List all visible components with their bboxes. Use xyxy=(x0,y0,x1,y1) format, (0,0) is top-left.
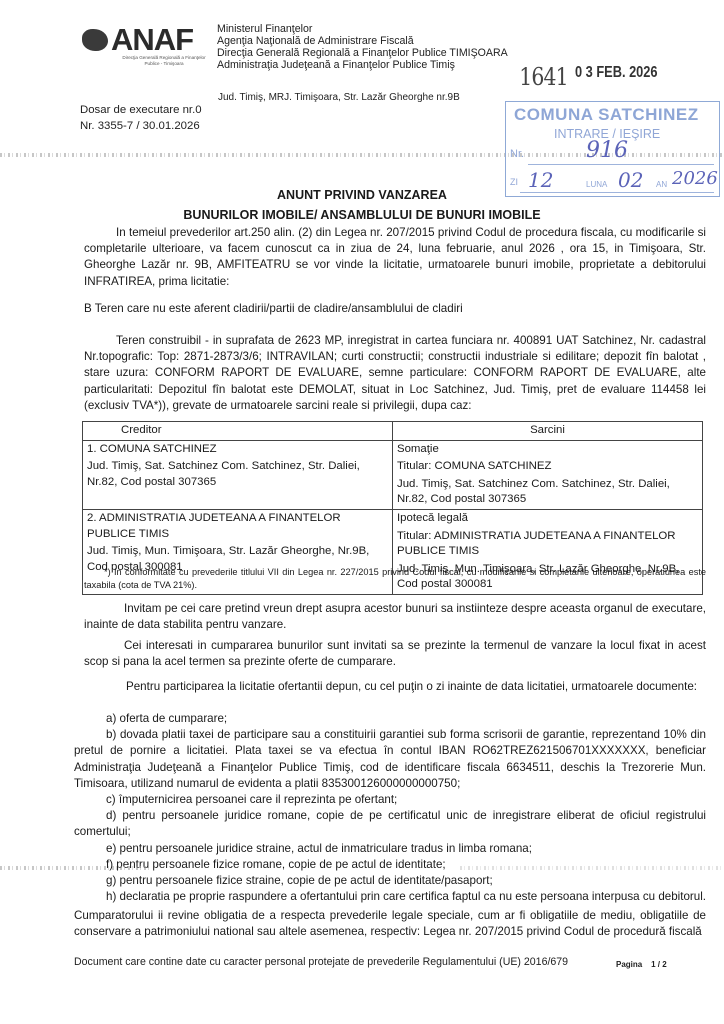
scan-artifact-line xyxy=(460,866,724,870)
stamp-nr-value: 916 xyxy=(586,138,628,163)
institution-block: Ministerul Finanţelor Agenţia Naţională … xyxy=(217,23,508,71)
section-b-heading: B Teren care nu este aferent cladirii/pa… xyxy=(84,301,463,317)
claims-invitation: Invitam pe cei care pretind vreun drept … xyxy=(84,601,706,633)
office-address: Jud. Timiş, MRJ. Timişoara, Str. Lazăr G… xyxy=(218,92,460,103)
list-item: a) oferta de cumparare; xyxy=(74,711,706,727)
creditor-name: 1. COMUNA SATCHINEZ xyxy=(87,442,388,458)
buyer-obligations: Cumparatorului ii revine obligatia de a … xyxy=(74,908,706,940)
logo-subtitle: Direcţia Generală Regională a Finanţelor… xyxy=(122,55,206,66)
stamp-an-value: 2026 xyxy=(672,168,718,189)
received-date-stamp: 0 3 FEB. 2026 xyxy=(575,64,658,82)
list-item: d) pentru persoanele juridice romane, co… xyxy=(74,808,706,840)
document-number: Nr. 3355-7 / 30.01.2026 xyxy=(80,118,202,134)
institution-line: Direcţia Generală Regională a Finanţelor… xyxy=(217,47,508,59)
dosar-number: Dosar de executare nr.0 xyxy=(80,102,202,118)
sarcini-cell: Somaţie Titular: COMUNA SATCHINEZ Jud. T… xyxy=(393,440,703,509)
sarcina-titular: Titular: ADMINISTRATIA JUDETEANA A FINAN… xyxy=(397,529,698,560)
creditor-cell: 1. COMUNA SATCHINEZ Jud. Timiş, Sat. Sat… xyxy=(83,440,393,509)
scan-artifact-line xyxy=(0,866,150,870)
table-row: 1. COMUNA SATCHINEZ Jud. Timiş, Sat. Sat… xyxy=(83,440,703,509)
list-item: h) declaratia pe proprie raspundere a of… xyxy=(74,889,706,905)
gdpr-notice: Document care contine date cu caracter p… xyxy=(74,956,568,968)
creditor-address: Jud. Timiş, Sat. Satchinez Com. Satchine… xyxy=(87,459,388,490)
case-reference: Dosar de executare nr.0 Nr. 3355-7 / 30.… xyxy=(80,102,202,134)
sarcina-type: Ipotecă legală xyxy=(397,511,698,527)
stamp-zi-label: ZI xyxy=(510,177,518,187)
announcement-title: ANUNT PRIVIND VANZAREA xyxy=(0,188,724,202)
stamp-nr-label: Nr. xyxy=(510,148,524,160)
logo-text: ANAF xyxy=(111,22,193,57)
sarcina-titular: Titular: COMUNA SATCHINEZ xyxy=(397,459,698,475)
required-documents-list: a) oferta de cumparare; b) dovada platii… xyxy=(74,711,706,905)
handwritten-registration-number: 1641 xyxy=(519,63,568,91)
logo-mark: ANAF xyxy=(82,22,193,58)
list-item: g) pentru persoanele fizice straine, cop… xyxy=(74,873,706,889)
table-header-row: Creditor Sarcini xyxy=(83,422,703,441)
anaf-logo: ANAF Direcţia Generală Regională a Finan… xyxy=(82,20,214,68)
list-item: e) pentru persoanele juridice straine, a… xyxy=(74,841,706,857)
creditor-name: 2. ADMINISTRATIA JUDETEANA A FINANTELOR … xyxy=(87,511,388,542)
participation-requirements: Pentru participarea la licitatie ofertan… xyxy=(74,679,706,695)
sarcina-address: Jud. Timiş, Sat. Satchinez Com. Satchine… xyxy=(397,477,698,508)
stamp-rule xyxy=(528,164,714,165)
romania-map-icon xyxy=(82,29,108,51)
institution-line: Ministerul Finanţelor xyxy=(217,23,508,35)
stamp-title: COMUNA SATCHINEZ xyxy=(514,105,699,125)
page-indicator: Pagina 1 / 2 xyxy=(616,960,667,969)
institution-line: Agenţia Naţională de Administrare Fiscal… xyxy=(217,35,508,47)
announcement-subtitle: BUNURILOR IMOBILE/ ANSAMBLULUI DE BUNURI… xyxy=(35,208,689,222)
sarcina-type: Somaţie xyxy=(397,442,698,458)
list-item: c) împuternicirea persoanei care il repr… xyxy=(74,792,706,808)
institution-line: Administraţia Judeţeană a Finanţelor Pub… xyxy=(217,59,508,71)
buyers-invitation: Cei interesati in cumpararea bunurilor s… xyxy=(84,638,706,670)
page-number: 1 / 2 xyxy=(651,960,667,969)
list-item: b) dovada platii taxei de participare sa… xyxy=(74,727,706,792)
vat-footnote: *) In conformitate cu prevederile titlul… xyxy=(84,566,706,592)
registry-stamp: COMUNA SATCHINEZ INTRARE / IEŞIRE Nr. 91… xyxy=(505,101,720,197)
column-header-creditor: Creditor xyxy=(83,422,393,441)
land-description: Teren construibil - in suprafata de 2623… xyxy=(84,333,706,414)
page-label: Pagina xyxy=(616,960,642,969)
column-header-sarcini: Sarcini xyxy=(393,422,703,441)
list-item: f) pentru persoanele fizice romane, copi… xyxy=(74,857,706,873)
intro-paragraph: In temeiul prevederilor art.250 alin. (2… xyxy=(84,225,706,290)
